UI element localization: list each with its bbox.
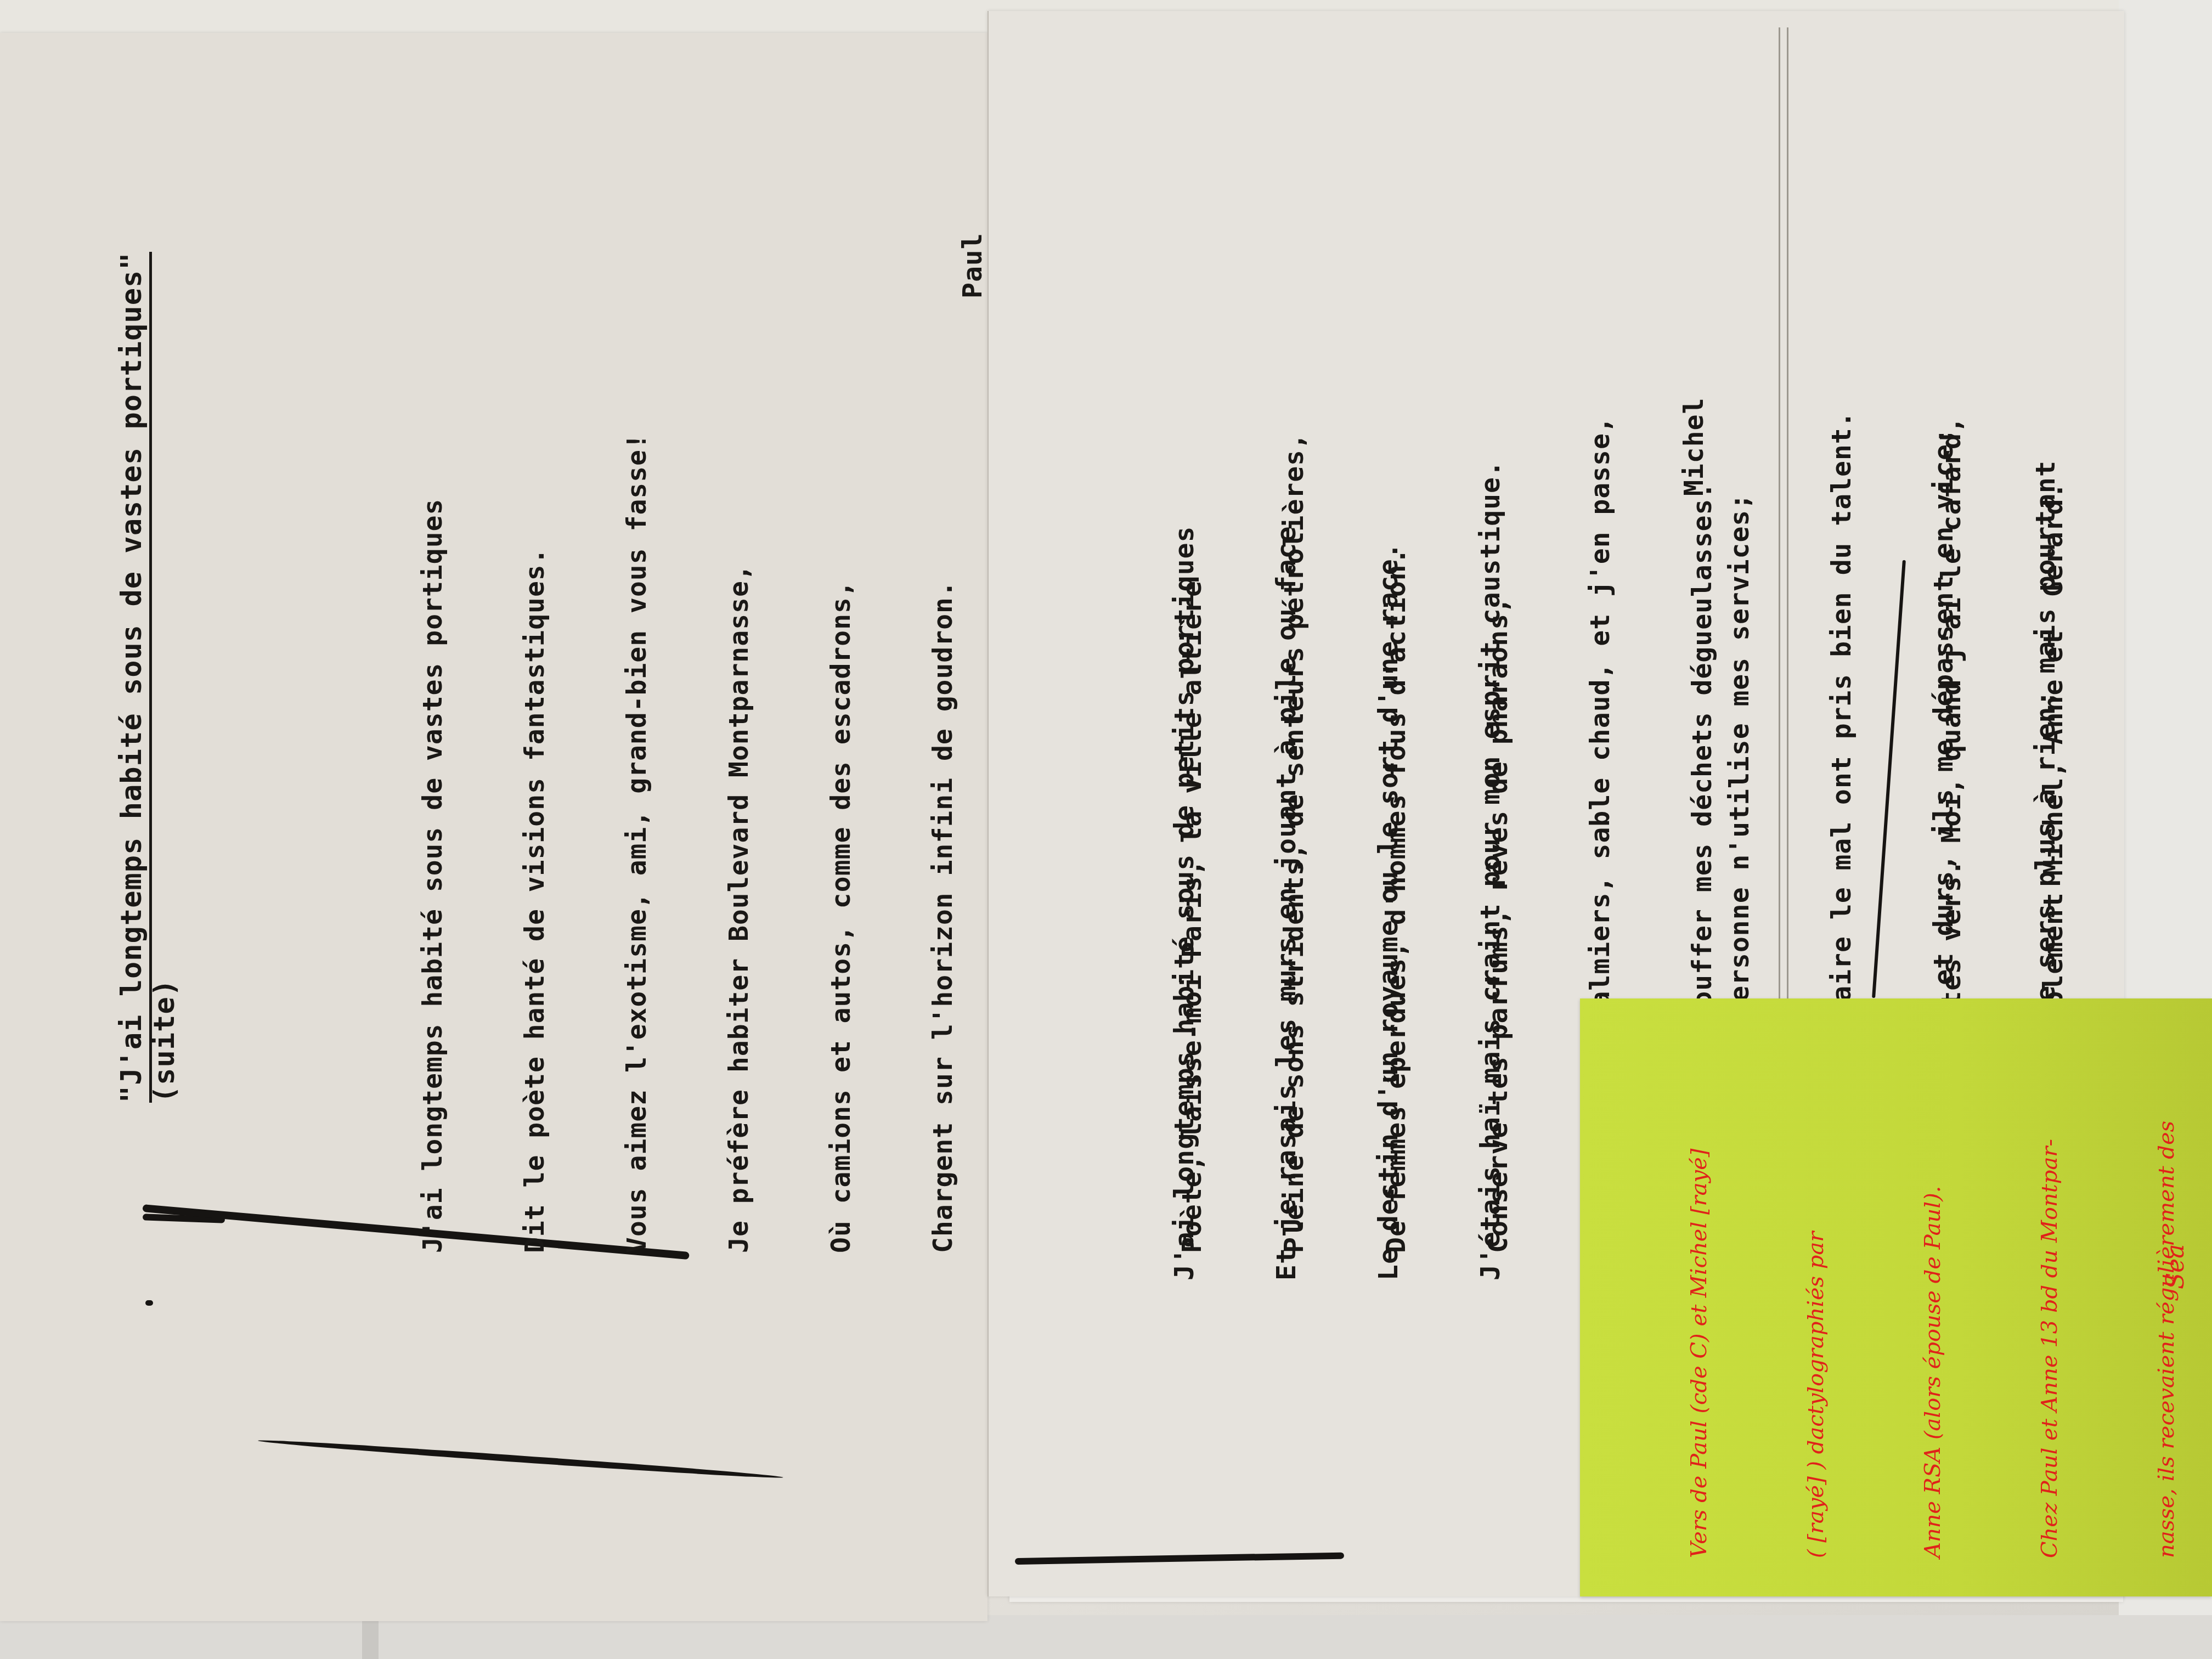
margin-handwriting: Sea [2156,1244,2195,1289]
handwritten-note: Vers de Paul (cde C) et Michel [rayé] ( … [1602,1121,2212,1558]
note-line: Vers de Paul (cde C) et Michel [rayé] [1680,1121,1719,1558]
signature-michel: Michel [1679,398,1709,496]
note-line: nasse, ils recevaient régulièrement des [2147,1121,2186,1558]
stanza: J'ai longtemps habité sous de vastes por… [348,416,1028,1253]
note-line: Chez Paul et Anne 13 bd du Montpar- [2030,1121,2069,1558]
verse-line: Le destin d'un royaume ou le sort d'une … [1372,411,1406,1280]
photo-background: "J'ai longtemps habité sous de vastes po… [0,0,2212,1659]
verse-line: J'ai longtemps habité sous de petits por… [1167,411,1201,1280]
verse-line: Je préfère habiter Boulevard Montparnass… [722,416,756,1253]
sticky-note-text: Vers de Paul (cde C) et Michel [rayé] ( … [1580,998,2212,1596]
sticky-note: Vers de Paul (cde C) et Michel [rayé] ( … [1580,998,2212,1596]
verse-line: Chargent sur l'horizon infini de goudron… [926,416,960,1253]
note-line: Anne RSA (alors épouse de Paul). [1914,1121,1953,1558]
signature-paul: Paul [957,233,988,298]
verse-line: Vous aimez l'exotisme, ami, grand-bien v… [620,416,654,1253]
title-text: "J'ai longtemps habité sous de vastes po… [115,252,152,1103]
document-title: "J'ai longtemps habité sous de vastes po… [82,252,214,1209]
verse-line: J'ai longtemps habité sous de vastes por… [416,416,450,1253]
verse-line: Et je rasais les murs en jouant à pile o… [1269,411,1304,1280]
note-line: ( [rayé] ) dactylographiés par [1797,1121,1836,1558]
verse-line: Où camions et autos, comme des escadrons… [824,416,858,1253]
verse-line: J'étais haï mais craint pour mon esprit … [1474,411,1508,1280]
title-suffix: (suite) [148,979,181,1103]
stanza: J'ai longtemps habité sous de petits por… [1099,411,1576,1280]
verse-line: Dit le poète hanté de visions fantastiqu… [518,416,552,1253]
